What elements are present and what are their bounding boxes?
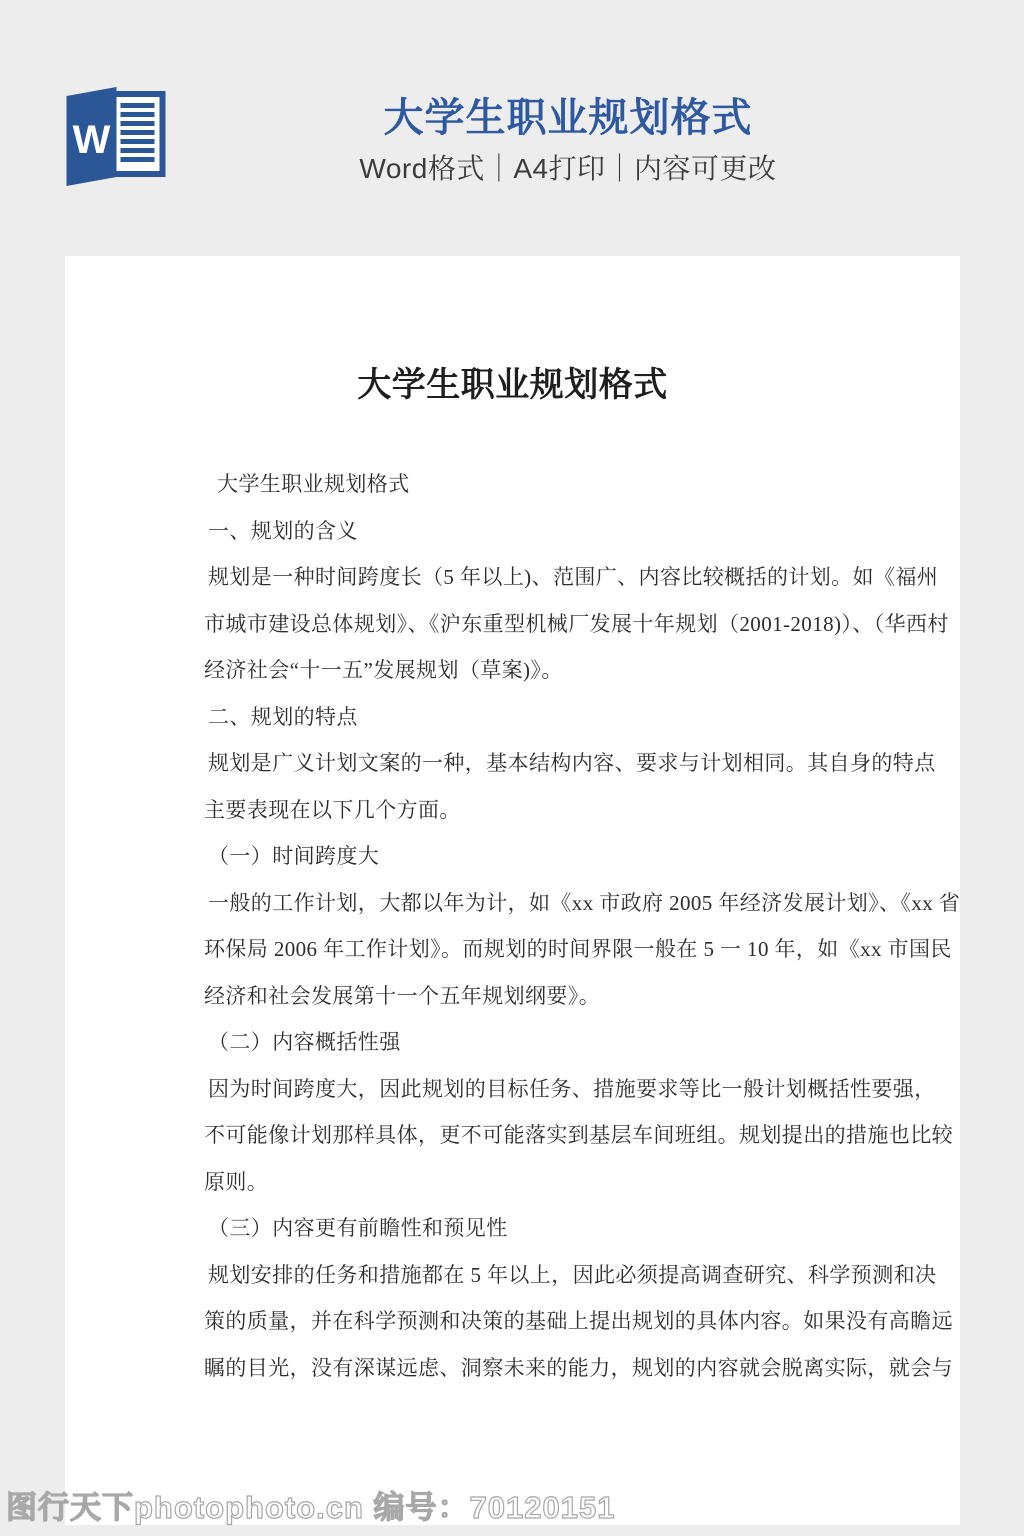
doc-line: （三）内容更有前瞻性和预见性 xyxy=(204,1205,850,1252)
svg-text:W: W xyxy=(73,118,111,162)
doc-line: 规划是广义计划文案的一种，基本结构内容、要求与计划相同。其自身的特点 xyxy=(204,740,850,787)
document-title: 大学生职业规划格式 xyxy=(65,368,960,404)
watermark: 图行天下photophoto.cn 编号：70120151 xyxy=(6,1482,615,1527)
doc-line: 瞩的目光，没有深谋远虑、洞察未来的能力，规划的内容就会脱离实际，就会与 xyxy=(204,1345,850,1392)
doc-line: （二）内容概括性强 xyxy=(204,1019,850,1066)
word-icon: W xyxy=(58,82,174,188)
template-subtitle: Word格式｜A4打印｜内容可更改 xyxy=(358,153,778,185)
doc-line: 规划安排的任务和措施都在 5 年以上，因此必须提高调查研究、科学预测和决 xyxy=(204,1252,850,1299)
doc-line: 经济和社会发展第十一个五年规划纲要》。 xyxy=(204,973,850,1020)
doc-line: 规划是一种时间跨度长（5 年以上)、范围广、内容比较概括的计划。如《福州 xyxy=(204,554,850,601)
doc-line: （一）时间跨度大 xyxy=(204,833,850,880)
doc-line: 环保局 2006 年工作计划》。而规划的时间界限一般在 5 一 10 年，如《x… xyxy=(204,926,850,973)
document-page: 大学生职业规划格式 大学生职业规划格式 一、规划的含义 规划是一种时间跨度长（5… xyxy=(65,256,960,1525)
doc-line: 原则。 xyxy=(204,1159,850,1206)
doc-line: 市城市建设总体规划》、《沪东重型机械厂发展十年规划（2001-2018)）、（华… xyxy=(204,601,850,648)
doc-line: 不可能像计划那样具体，更不可能落实到基层车间班组。规划提出的措施也比较 xyxy=(204,1112,850,1159)
doc-line: 因为时间跨度大，因此规划的目标任务、措施要求等比一般计划概括性要强， xyxy=(204,1066,850,1113)
site-header: W 大学生职业规划格式 Word格式｜A4打印｜内容可更改 xyxy=(0,0,1024,256)
template-title: 大学生职业规划格式 xyxy=(358,96,778,140)
doc-line: 主要表现在以下几个方面。 xyxy=(204,787,850,834)
document-body: 大学生职业规划格式 一、规划的含义 规划是一种时间跨度长（5 年以上)、范围广、… xyxy=(65,461,960,1391)
header-text: 大学生职业规划格式 Word格式｜A4打印｜内容可更改 xyxy=(358,96,778,185)
doc-line: 大学生职业规划格式 xyxy=(204,461,850,508)
doc-line: 经济社会“十一五”发展规划（草案)》。 xyxy=(204,647,850,694)
doc-line: 二、规划的特点 xyxy=(204,694,850,741)
doc-line: 一般的工作计划，大都以年为计，如《xx 市政府 2005 年经济发展计划》、《x… xyxy=(204,880,850,927)
doc-line: 策的质量，并在科学预测和决策的基础上提出规划的具体内容。如果没有高瞻远 xyxy=(204,1298,850,1345)
doc-line: 一、规划的含义 xyxy=(204,508,850,555)
